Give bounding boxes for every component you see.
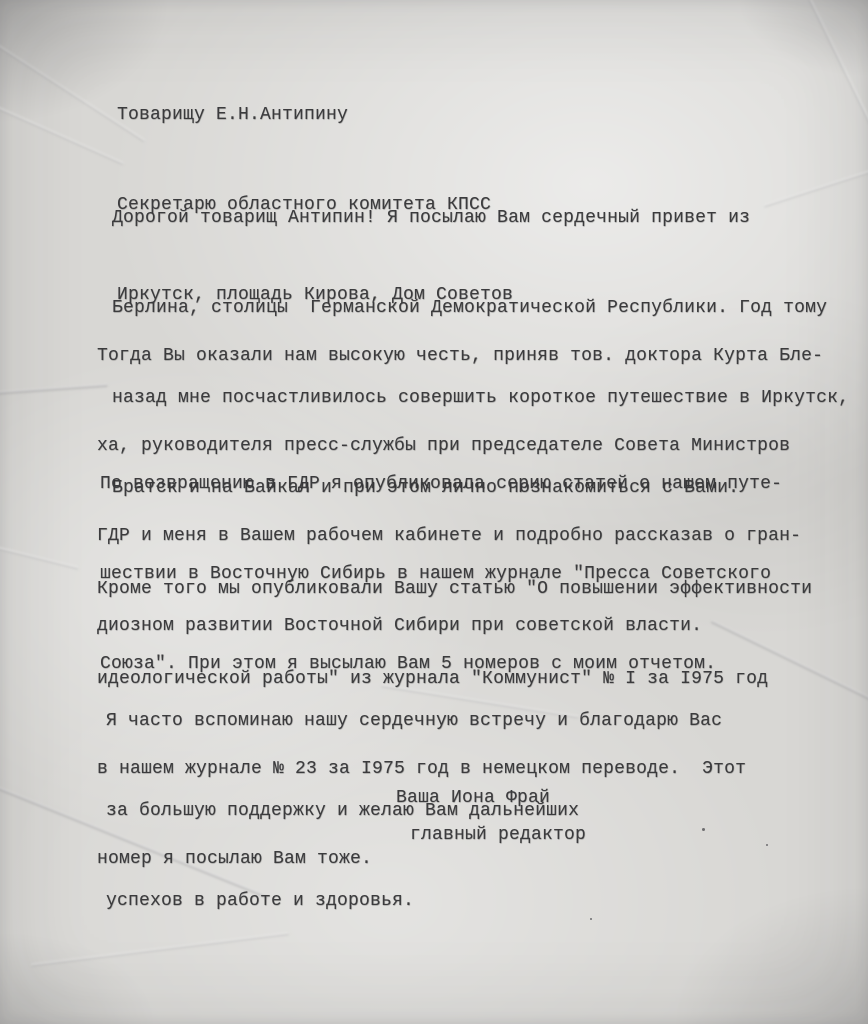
paragraph-line: Кроме того мы опубликовали Вашу статью "… bbox=[97, 574, 812, 604]
paragraph-line: По возвращению в ГДР я опубликовала сери… bbox=[100, 469, 782, 499]
signature-title: главный редактор bbox=[410, 820, 586, 850]
paragraph-line: Я часто вспоминаю нашу сердечную встречу… bbox=[106, 706, 722, 736]
paper-crease bbox=[0, 384, 108, 395]
recipient-line: Товарищу Е.Н.Антипину bbox=[117, 100, 513, 130]
signature-name: Ваша Иона Фрай bbox=[396, 783, 550, 813]
paragraph-line: Дорогой товарищ Антипин! Я посылаю Вам с… bbox=[112, 203, 849, 233]
paragraph-line: Тогда Вы оказали нам высокую честь, прин… bbox=[97, 341, 823, 371]
paragraph-line: успехов в работе и здоровья. bbox=[106, 886, 722, 916]
letter-page: Товарищу Е.Н.Антипину Секретарю областно… bbox=[0, 0, 868, 1024]
paper-crease bbox=[808, 0, 868, 125]
paper-crease bbox=[0, 102, 124, 166]
paper-crease bbox=[0, 545, 79, 570]
